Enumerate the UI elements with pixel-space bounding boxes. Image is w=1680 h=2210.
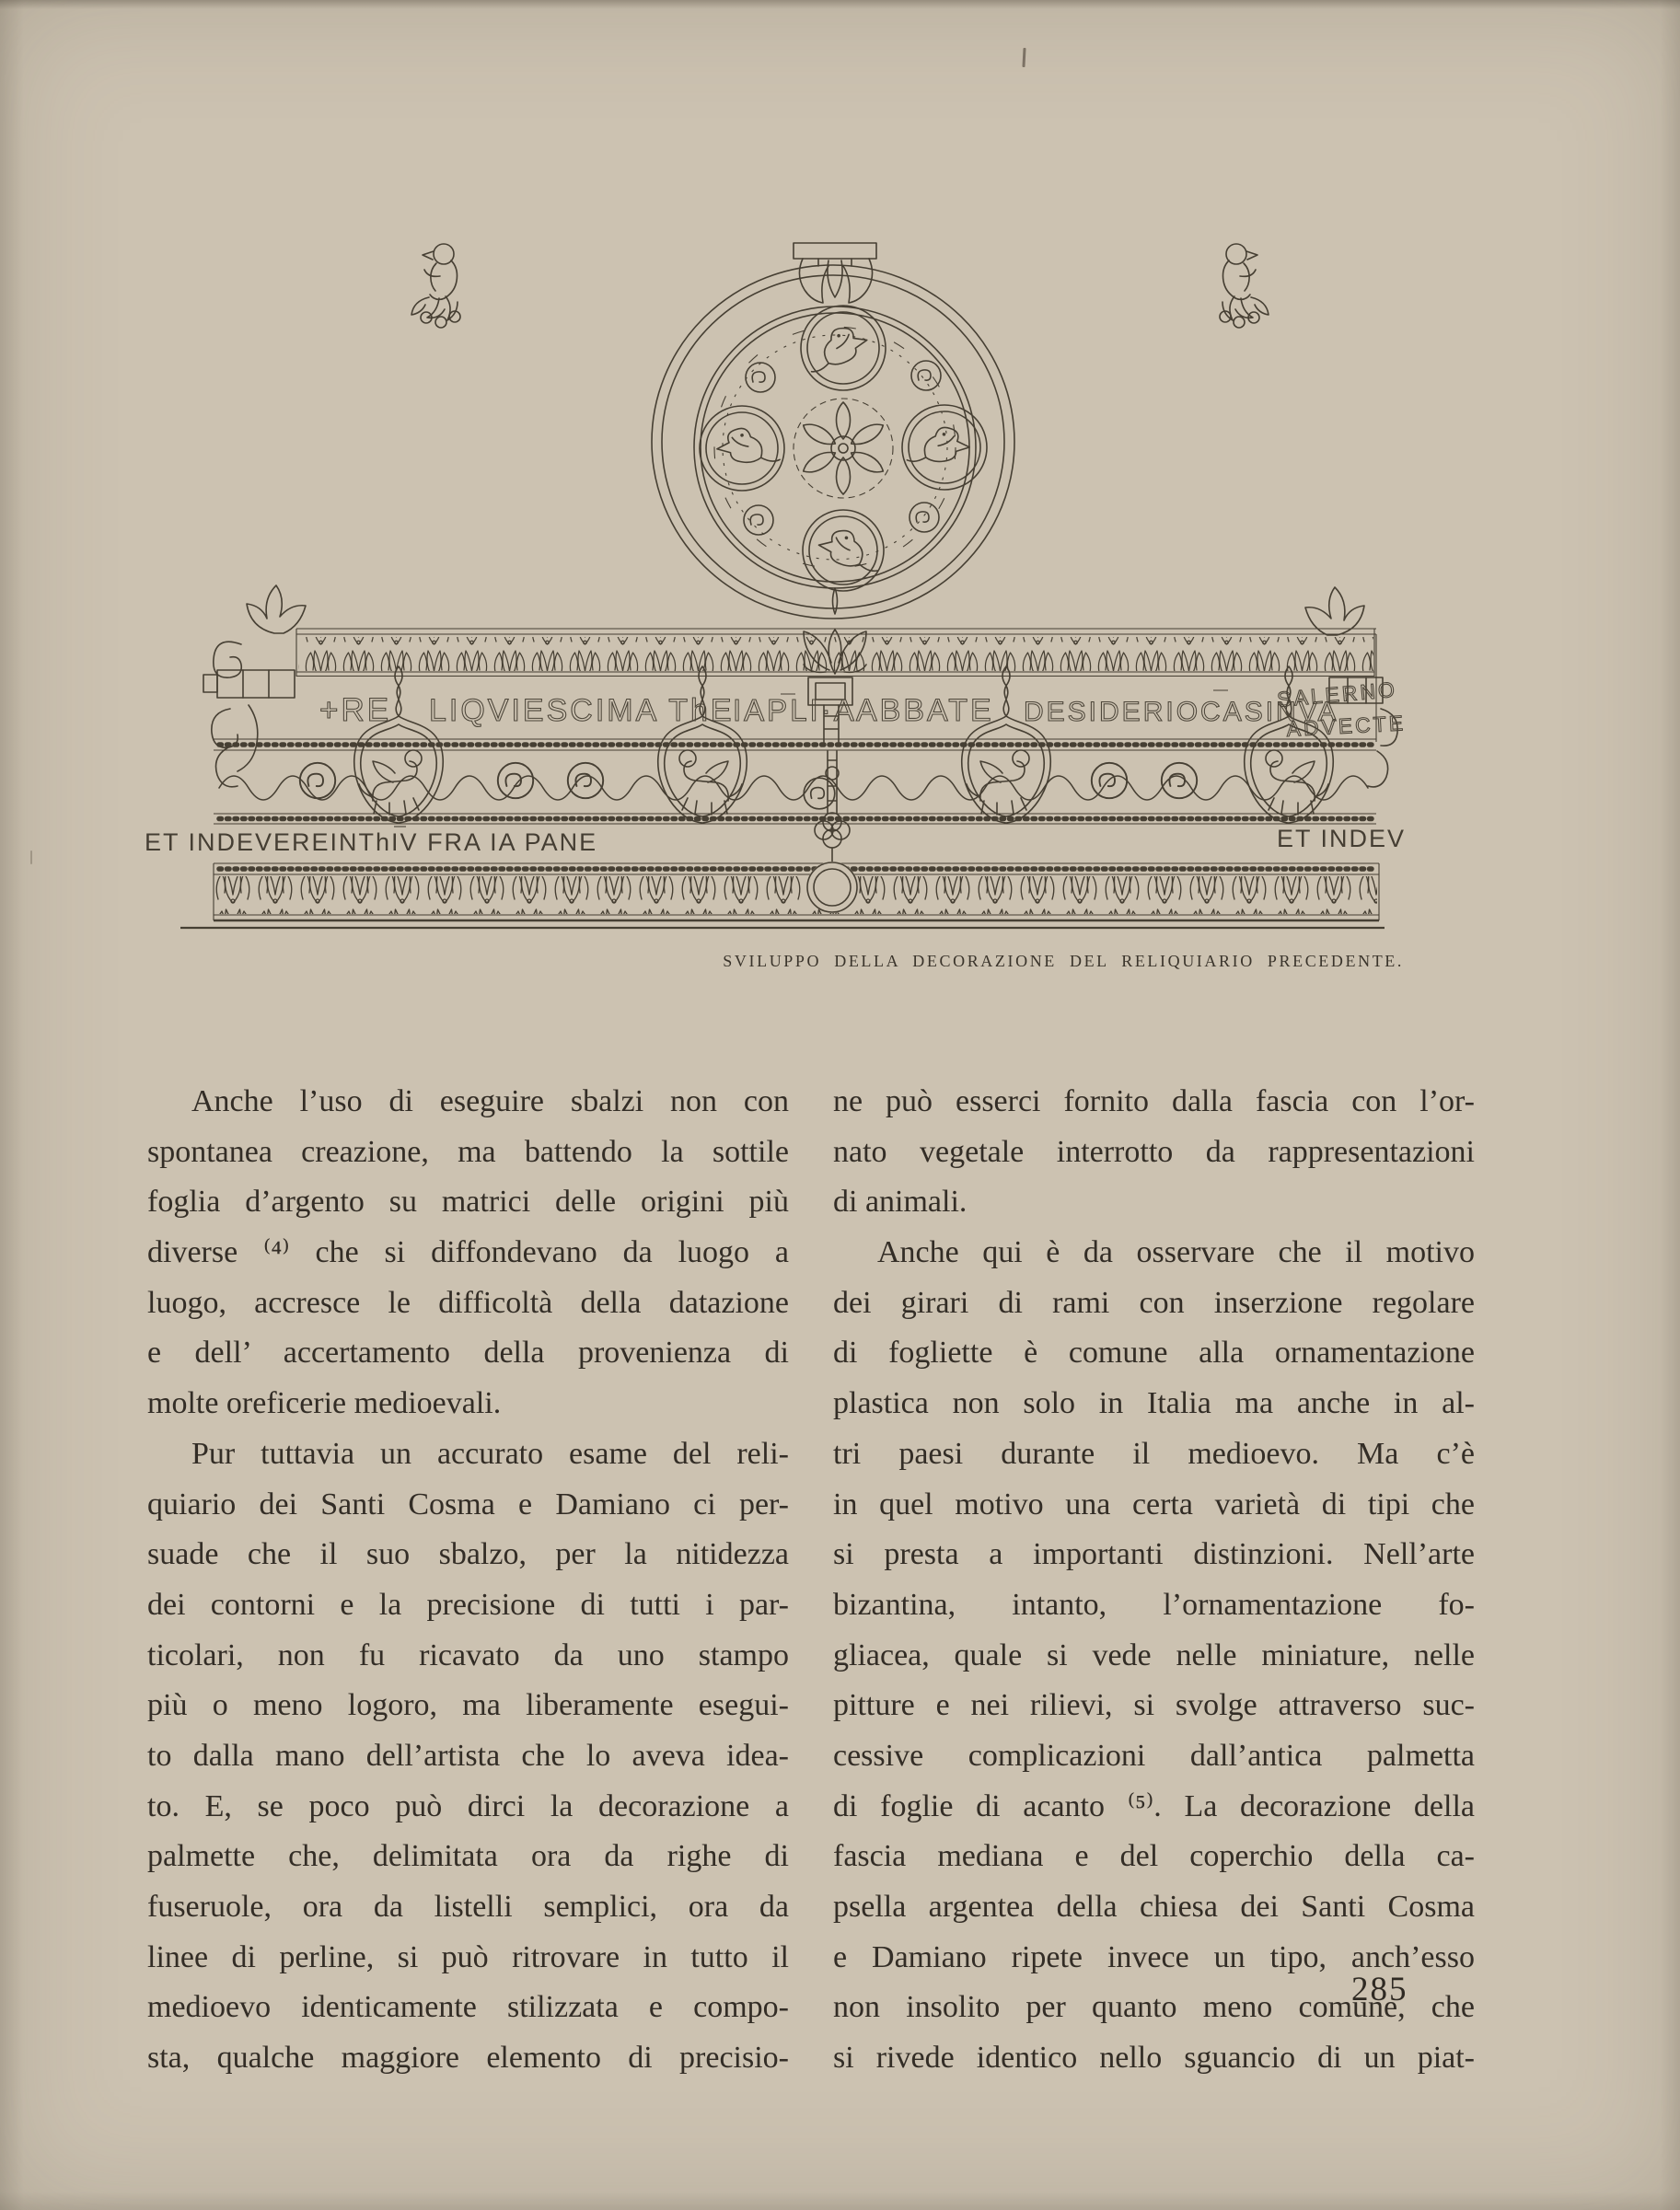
text-column-right: ne può esserci fornito dalla fascia con … bbox=[833, 1077, 1475, 2084]
bird-roundel-top bbox=[801, 306, 886, 390]
text-line: foglia d’argento su matrici delle origin… bbox=[147, 1177, 789, 1228]
inscription-bottom-right: ET INDEV bbox=[1277, 825, 1406, 852]
medallion-disc bbox=[694, 307, 976, 588]
frieze-inscription: +RE LIQVIESCIMA ThE IAPLI·A ABBATE DESID… bbox=[145, 677, 1407, 856]
inscription-bottom-left: ET INDEVEREINThIV FRA IA PANE bbox=[145, 828, 597, 856]
book-page-scan: +RE LIQVIESCIMA ThE IAPLI·A ABBATE DESID… bbox=[0, 0, 1680, 2210]
inscription-start: +RE bbox=[319, 692, 391, 728]
text-line: suade che il suo sbalzo, per la nitidezz… bbox=[147, 1530, 789, 1580]
text-line: fascia mediana e del coperchio della ca- bbox=[833, 1832, 1475, 1882]
inscription-abbate: ABBATE bbox=[856, 693, 994, 728]
text-line: fuseruole, ora da listelli semplici, ora… bbox=[147, 1882, 789, 1933]
text-line: pitture e nei rilievi, si svolge attrave… bbox=[833, 1681, 1475, 1731]
text-line: quiario dei Santi Cosma e Damiano ci per… bbox=[147, 1480, 789, 1531]
text-line: dei contorni e la precisione di tutti i … bbox=[147, 1580, 789, 1631]
bird-roundel-left bbox=[700, 406, 784, 491]
text-line: diverse ⁽⁴⁾ che si diffondevano da luogo… bbox=[147, 1228, 789, 1279]
left-terminal-ornament bbox=[203, 585, 306, 787]
reliquary-engraving-figure: +RE LIQVIESCIMA ThE IAPLI·A ABBATE DESID… bbox=[0, 0, 1680, 1012]
text-line: cessive complicazioni dall’antica palmet… bbox=[833, 1731, 1475, 1782]
text-line: spontanea creazione, ma battendo la sott… bbox=[147, 1128, 789, 1178]
bird-roundel-bottom bbox=[803, 510, 884, 591]
text-line: palmette che, delimitata ora da righe di bbox=[147, 1832, 789, 1882]
text-line: di animali. bbox=[833, 1177, 1475, 1228]
text-line: si rivede identico nello sguancio di un … bbox=[833, 2033, 1475, 2084]
text-line: to dalla mano dell’artista che lo aveva … bbox=[147, 1731, 789, 1782]
central-rosette bbox=[794, 399, 893, 498]
spiral-filler bbox=[911, 361, 941, 390]
figure-caption: SVILUPPO DELLA DECORAZIONE DEL RELIQUIAR… bbox=[723, 952, 1404, 971]
text-line: medioevo identicamente stilizzata e comp… bbox=[147, 1983, 789, 2033]
scan-mark bbox=[30, 850, 32, 864]
text-line: di foglie di acanto ⁽⁵⁾. La decorazione … bbox=[833, 1782, 1475, 1833]
crest-ornament bbox=[794, 243, 876, 303]
text-line: dei girari di rami con inserzione regola… bbox=[833, 1279, 1475, 1329]
text-line: luogo, accresce le difficoltà della data… bbox=[147, 1279, 789, 1329]
page-number: 285 bbox=[1351, 1970, 1408, 2009]
text-line: molte oreficerie medioevali. bbox=[147, 1379, 789, 1429]
text-line: plastica non solo in Italia ma anche in … bbox=[833, 1379, 1475, 1429]
text-line: e dell’ accertamento della provenienza d… bbox=[147, 1328, 789, 1379]
text-line: tri paesi durante il medioevo. Ma c’è bbox=[833, 1429, 1475, 1480]
text-line: di fogliette è comune alla ornamentazion… bbox=[833, 1328, 1475, 1379]
frieze-band bbox=[180, 629, 1385, 928]
text-line: in quel motivo una certa varietà di tipi… bbox=[833, 1480, 1475, 1531]
text-line: linee di perline, si può ritrovare in tu… bbox=[147, 1933, 789, 1984]
text-line: gliacea, quale si vede nelle miniature, … bbox=[833, 1631, 1475, 1682]
inscription-main: LIQVIESCIMA ThE bbox=[429, 693, 735, 728]
text-line: più o meno logoro, ma liberamente esegui… bbox=[147, 1681, 789, 1731]
inscription-advecte: ADVECTE bbox=[1286, 711, 1407, 741]
text-column-left: Anche l’uso di eseguire sbalzi non consp… bbox=[147, 1077, 789, 2084]
text-line: psella argentea della chiesa dei Santi C… bbox=[833, 1882, 1475, 1933]
text-line: sta, qualche maggiore elemento di precis… bbox=[147, 2033, 789, 2084]
spiral-filler bbox=[746, 363, 775, 392]
spiral-filler bbox=[744, 505, 773, 535]
text-line: ticolari, non fu ricavato da uno stampo bbox=[147, 1631, 789, 1682]
text-line: Anche qui è da osservare che il motivo bbox=[833, 1228, 1475, 1279]
grotesque-figure-right bbox=[1220, 244, 1269, 328]
bird-roundel-right bbox=[902, 405, 987, 490]
text-line: to. E, se poco può dirci la decorazione … bbox=[147, 1782, 789, 1833]
text-line: ne può esserci fornito dalla fascia con … bbox=[833, 1077, 1475, 1128]
inscription-apli: IAPLI·A bbox=[733, 693, 857, 727]
spiral-filler bbox=[910, 503, 939, 532]
text-line: bizantina, intanto, l’ornamentazione fo- bbox=[833, 1580, 1475, 1631]
text-line: Anche l’uso di eseguire sbalzi non con bbox=[147, 1077, 789, 1128]
text-line: nato vegetale interrotto da rappresentaz… bbox=[833, 1128, 1475, 1178]
text-line: si presta a importanti distinzioni. Nell… bbox=[833, 1530, 1475, 1580]
text-line: Pur tuttavia un accurato esame del reli- bbox=[147, 1429, 789, 1480]
grotesque-figure-left bbox=[411, 244, 460, 328]
